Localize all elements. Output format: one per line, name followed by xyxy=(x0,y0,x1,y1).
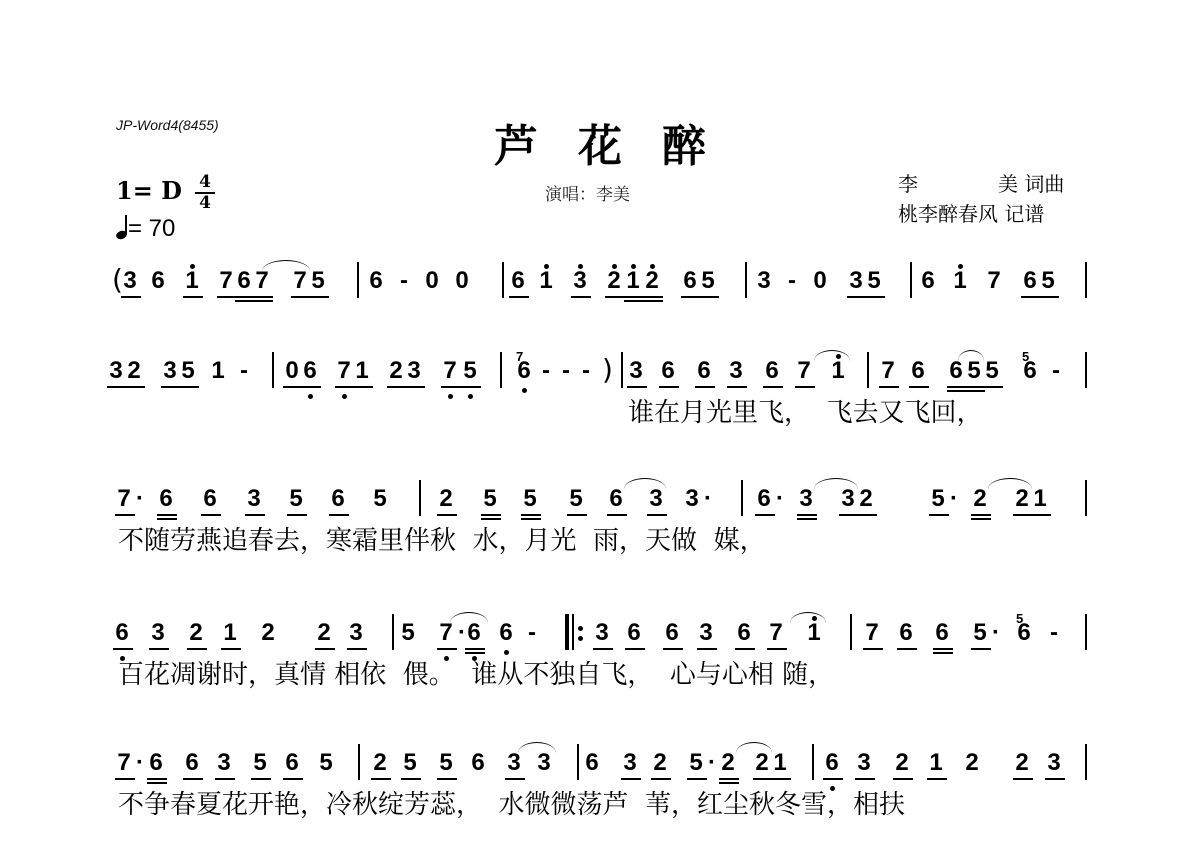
slur-tie xyxy=(814,478,858,489)
note: 6 xyxy=(823,750,841,776)
note: 6 xyxy=(607,486,625,512)
note: 3 xyxy=(797,486,815,512)
note: 7 xyxy=(441,358,459,384)
underline xyxy=(983,386,1003,388)
note: 5 xyxy=(699,268,717,294)
note: 5 xyxy=(461,358,479,384)
note: 6 xyxy=(583,750,601,776)
barline xyxy=(621,352,623,388)
underline xyxy=(697,648,717,650)
note: 5 xyxy=(965,358,983,384)
note: - xyxy=(1047,358,1065,384)
note: 3 xyxy=(215,750,233,776)
underline xyxy=(965,386,985,388)
note: 7 xyxy=(291,268,309,294)
note: 6 xyxy=(695,358,713,384)
underline xyxy=(771,778,791,780)
underline xyxy=(509,296,529,298)
slur-tie xyxy=(988,478,1032,489)
note: 5 xyxy=(401,750,419,776)
composer-name-a: 李 xyxy=(898,172,918,196)
note: 2 xyxy=(719,750,737,776)
underline xyxy=(735,648,755,650)
underline xyxy=(115,514,135,516)
barline xyxy=(272,352,274,388)
underline xyxy=(1039,296,1059,298)
underline xyxy=(621,778,641,780)
score-row: 32351-067123756---3663671766556-75)谁在月光里… xyxy=(0,358,1200,418)
underline xyxy=(221,648,241,650)
barline xyxy=(850,614,852,650)
composer-credit: 李美 词曲 xyxy=(898,168,1064,197)
underline xyxy=(113,648,133,650)
note: 3 xyxy=(245,486,263,512)
octave-up-dot xyxy=(631,264,636,269)
note: 1 xyxy=(209,358,227,384)
note: 6 xyxy=(659,358,677,384)
underline xyxy=(571,296,591,298)
note: 2 xyxy=(753,750,771,776)
note: 3 xyxy=(755,268,773,294)
augmentation-dot: · xyxy=(945,486,963,512)
note: 2 xyxy=(387,358,405,384)
underline-double xyxy=(643,300,663,302)
underline xyxy=(505,778,525,780)
octave-down-dot xyxy=(308,394,313,399)
note: 6 xyxy=(157,486,175,512)
underline xyxy=(437,648,457,650)
note: 0 xyxy=(423,268,441,294)
underline xyxy=(1045,778,1065,780)
underline xyxy=(624,296,644,298)
underline xyxy=(847,296,867,298)
note: 3 xyxy=(535,750,553,776)
underline xyxy=(387,386,407,388)
note: 1 xyxy=(183,268,201,294)
note: 6 xyxy=(663,620,681,646)
note: 5 xyxy=(309,268,327,294)
underline xyxy=(651,778,671,780)
note: 6 xyxy=(147,750,165,776)
note: 0 xyxy=(811,268,829,294)
note: 6 xyxy=(469,750,487,776)
underline xyxy=(607,514,627,516)
note: 5 xyxy=(317,750,335,776)
note: - xyxy=(577,358,595,384)
underline xyxy=(695,386,715,388)
underline xyxy=(147,778,167,780)
underline xyxy=(647,514,667,516)
underline xyxy=(823,778,843,780)
underline xyxy=(107,386,127,388)
underline xyxy=(121,296,141,298)
underline xyxy=(971,648,991,650)
note: 3 xyxy=(121,268,139,294)
augmentation-dot: · xyxy=(987,620,1005,646)
note: 3 xyxy=(697,620,715,646)
underline-double xyxy=(521,518,541,520)
octave-up-dot xyxy=(958,264,963,269)
augmentation-dot: · xyxy=(699,486,717,512)
note: 1 xyxy=(537,268,555,294)
note: 2 xyxy=(315,620,333,646)
note: 6 xyxy=(367,268,385,294)
note: 0 xyxy=(283,358,301,384)
note: 3 xyxy=(621,750,639,776)
score-row: 361767756-00613212653-03561765( xyxy=(0,268,1200,328)
score-row: 632122357·66-36636717665·6-5百花凋谢时，真情 相依 … xyxy=(0,620,1200,680)
note: 2 xyxy=(651,750,669,776)
underline-double xyxy=(933,652,953,654)
underline xyxy=(217,296,237,298)
note: 2 xyxy=(125,358,143,384)
underline xyxy=(401,778,421,780)
underline xyxy=(863,648,883,650)
lyric-line: 谁在月光里飞， 飞去又飞回， xyxy=(628,398,983,428)
transcriber-credit: 桃李醉春风 记谱 xyxy=(898,198,1044,227)
note: 6 xyxy=(919,268,937,294)
octave-up-dot xyxy=(612,264,617,269)
note: 2 xyxy=(437,486,455,512)
underline xyxy=(767,648,787,650)
note: 3 xyxy=(593,620,611,646)
repeat-dot xyxy=(578,626,583,631)
underline xyxy=(933,648,953,650)
underline xyxy=(215,778,235,780)
underline xyxy=(183,778,203,780)
composer-name-b: 美 xyxy=(998,172,1018,196)
grace-note: 5 xyxy=(1016,612,1023,625)
note: 3 xyxy=(405,358,423,384)
time-signature: 4 4 xyxy=(195,174,215,212)
underline xyxy=(461,386,481,388)
underline xyxy=(1021,296,1041,298)
underline xyxy=(245,514,265,516)
note: 3 xyxy=(107,358,125,384)
note: 6 xyxy=(283,750,301,776)
note: 3 xyxy=(727,358,745,384)
underline-double xyxy=(971,518,991,520)
underline xyxy=(291,296,311,298)
key-signature: 1= D xyxy=(116,176,182,205)
octave-down-dot xyxy=(504,650,509,655)
paren-open: ( xyxy=(112,266,123,294)
note: 3 xyxy=(161,358,179,384)
note: 3 xyxy=(149,620,167,646)
underline xyxy=(1013,514,1033,516)
underline xyxy=(437,514,457,516)
tempo-marking: = 70 xyxy=(116,215,175,243)
underline xyxy=(643,296,663,298)
barline xyxy=(812,744,814,780)
underline xyxy=(301,386,321,388)
note: - xyxy=(395,268,413,294)
underline xyxy=(659,386,679,388)
note: 6 xyxy=(1021,268,1039,294)
grace-note: 5 xyxy=(1022,350,1029,363)
note: 2 xyxy=(1013,486,1031,512)
note: 2 xyxy=(259,620,277,646)
underline xyxy=(1013,778,1033,780)
note: 1 xyxy=(951,268,969,294)
underline xyxy=(929,514,949,516)
underline xyxy=(865,296,885,298)
underline xyxy=(315,648,335,650)
underline xyxy=(797,514,817,516)
note: 3 xyxy=(347,620,365,646)
note: 2 xyxy=(893,750,911,776)
singer-credit: 演唱：李美 xyxy=(545,180,630,205)
barline xyxy=(1085,480,1087,516)
note: 5 xyxy=(371,486,389,512)
note: 3 xyxy=(571,268,589,294)
underline xyxy=(625,648,645,650)
note: 1 xyxy=(353,358,371,384)
grace-note: 7 xyxy=(516,350,523,363)
underline xyxy=(353,386,373,388)
underline xyxy=(763,386,783,388)
underline xyxy=(115,778,135,780)
octave-up-dot xyxy=(578,264,583,269)
note: 2 xyxy=(963,750,981,776)
barline xyxy=(1085,352,1087,388)
note: 7 xyxy=(795,358,813,384)
note: 3 xyxy=(855,750,873,776)
underline xyxy=(201,514,221,516)
time-signature-top: 4 xyxy=(195,174,215,191)
underline xyxy=(149,648,169,650)
note: 3 xyxy=(1045,750,1063,776)
underline xyxy=(627,386,647,388)
note: - xyxy=(1045,620,1063,646)
note: 7 xyxy=(863,620,881,646)
underline-double xyxy=(235,300,255,302)
barline xyxy=(357,262,359,298)
underline xyxy=(839,514,859,516)
note: 6 xyxy=(681,268,699,294)
underline xyxy=(727,386,747,388)
underline xyxy=(879,386,899,388)
barline xyxy=(867,352,869,388)
underline-double xyxy=(147,782,167,784)
underline xyxy=(719,778,739,780)
note: 2 xyxy=(605,268,623,294)
note: 6 xyxy=(465,620,483,646)
underline xyxy=(347,648,367,650)
octave-down-dot xyxy=(522,388,527,393)
note: 5 xyxy=(437,750,455,776)
note: 1 xyxy=(829,358,847,384)
underline xyxy=(235,296,255,298)
octave-down-dot xyxy=(468,394,473,399)
note: 6 xyxy=(329,486,347,512)
note: 7 xyxy=(985,268,1003,294)
underline xyxy=(593,648,613,650)
note: 2 xyxy=(857,486,875,512)
underline xyxy=(947,386,967,388)
time-signature-bottom: 4 xyxy=(195,195,215,212)
slur-tie xyxy=(814,350,850,361)
underline-double xyxy=(797,518,817,520)
octave-up-dot xyxy=(190,264,195,269)
underline-double xyxy=(253,300,273,302)
underline xyxy=(465,648,485,650)
note: 6 xyxy=(735,620,753,646)
underline xyxy=(855,778,875,780)
underline xyxy=(179,386,199,388)
note: 3 xyxy=(847,268,865,294)
underline xyxy=(857,514,877,516)
lyric-line: 不争春夏花开艳，冷秋绽芳蕊， 水微微荡芦 苇，红尘秋冬雪，相扶 xyxy=(118,790,905,820)
underline-double xyxy=(481,518,501,520)
note: 7 xyxy=(253,268,271,294)
underline xyxy=(753,778,773,780)
repeat-thin-bar xyxy=(572,614,574,650)
barline xyxy=(502,262,504,298)
note: 1 xyxy=(221,620,239,646)
note: 3 xyxy=(647,486,665,512)
underline-double xyxy=(965,390,985,392)
barline xyxy=(741,480,743,516)
note: 5 xyxy=(1039,268,1057,294)
underline xyxy=(687,778,707,780)
note: 1 xyxy=(805,620,823,646)
note: 5 xyxy=(481,486,499,512)
note: - xyxy=(557,358,575,384)
underline xyxy=(699,296,719,298)
note: 0 xyxy=(453,268,471,294)
underline xyxy=(663,648,683,650)
note: 5 xyxy=(399,620,417,646)
barline xyxy=(392,614,394,650)
underline-double xyxy=(624,300,644,302)
underline xyxy=(441,386,461,388)
underline xyxy=(251,778,271,780)
barline xyxy=(500,352,502,388)
note: 2 xyxy=(1013,750,1031,776)
underline xyxy=(309,296,329,298)
barline xyxy=(577,744,579,780)
note: 6 xyxy=(897,620,915,646)
note: 2 xyxy=(971,486,989,512)
barline xyxy=(910,262,912,298)
underline xyxy=(567,514,587,516)
note: 3 xyxy=(839,486,857,512)
note: 7 xyxy=(767,620,785,646)
note: 6 xyxy=(149,268,167,294)
underline xyxy=(893,778,913,780)
augmentation-dot: · xyxy=(771,486,789,512)
underline xyxy=(927,778,947,780)
note: - xyxy=(235,358,253,384)
note: 5 xyxy=(287,486,305,512)
score-row: 7·6635652556336325·2216321223不争春夏花开艳，冷秋绽… xyxy=(0,750,1200,810)
note: 6 xyxy=(909,358,927,384)
slur-tie xyxy=(262,260,310,271)
underline xyxy=(481,514,501,516)
note: 6 xyxy=(235,268,253,294)
note: 7 xyxy=(217,268,235,294)
underline xyxy=(897,648,917,650)
underline xyxy=(161,386,181,388)
note: 2 xyxy=(643,268,661,294)
note: - xyxy=(523,620,541,646)
barline xyxy=(358,744,360,780)
lyric-line: 不随劳燕追春去，寒霜里伴秋 水，月光 雨，天做 媒， xyxy=(118,526,766,556)
note: 5 xyxy=(983,358,1001,384)
underline xyxy=(755,514,775,516)
underline xyxy=(909,386,929,388)
octave-up-dot xyxy=(650,264,655,269)
note: - xyxy=(783,268,801,294)
note: 6 xyxy=(497,620,515,646)
barline xyxy=(1085,262,1087,298)
underline xyxy=(125,386,145,388)
slur-tie xyxy=(518,742,556,753)
note: 6 xyxy=(183,750,201,776)
paren-close: ) xyxy=(602,356,613,384)
underline xyxy=(437,778,457,780)
song-title: 芦花醉 xyxy=(0,110,1200,174)
lyric-line: 百花凋谢时，真情 相依 偎。 谁从不独自飞， 心与心相 随， xyxy=(118,660,834,690)
note: 5 xyxy=(567,486,585,512)
note: 2 xyxy=(187,620,205,646)
underline xyxy=(521,514,541,516)
underline xyxy=(287,514,307,516)
note: 6 xyxy=(625,620,643,646)
note: 1 xyxy=(927,750,945,776)
octave-up-dot xyxy=(544,264,549,269)
underline xyxy=(187,648,207,650)
underline xyxy=(405,386,425,388)
slur-tie xyxy=(624,478,666,489)
note: 3 xyxy=(627,358,645,384)
octave-down-dot xyxy=(448,394,453,399)
augmentation-dot: · xyxy=(131,486,149,512)
underline xyxy=(283,386,303,388)
barline xyxy=(745,262,747,298)
underline xyxy=(335,386,355,388)
underline xyxy=(605,296,625,298)
tempo-value: = 70 xyxy=(128,215,175,242)
note: 5 xyxy=(865,268,883,294)
note: 6 xyxy=(933,620,951,646)
underline xyxy=(157,514,177,516)
note: - xyxy=(537,358,555,384)
note: 6 xyxy=(201,486,219,512)
composer-role: 词曲 xyxy=(1024,172,1064,196)
note: 1 xyxy=(771,750,789,776)
underline xyxy=(253,296,273,298)
note: 7 xyxy=(879,358,897,384)
note: 6 xyxy=(509,268,527,294)
underline xyxy=(971,514,991,516)
note: 1 xyxy=(624,268,642,294)
underline xyxy=(283,778,303,780)
underline xyxy=(183,296,203,298)
octave-down-dot xyxy=(342,394,347,399)
underline xyxy=(681,296,701,298)
note: 6 xyxy=(947,358,965,384)
note: 6 xyxy=(301,358,319,384)
note: 5 xyxy=(521,486,539,512)
repeat-dot xyxy=(578,636,583,641)
slur-tie xyxy=(958,350,984,361)
note: 5 xyxy=(251,750,269,776)
slur-tie xyxy=(450,612,488,623)
underline-double xyxy=(465,652,485,654)
repeat-thick-bar xyxy=(565,614,569,650)
